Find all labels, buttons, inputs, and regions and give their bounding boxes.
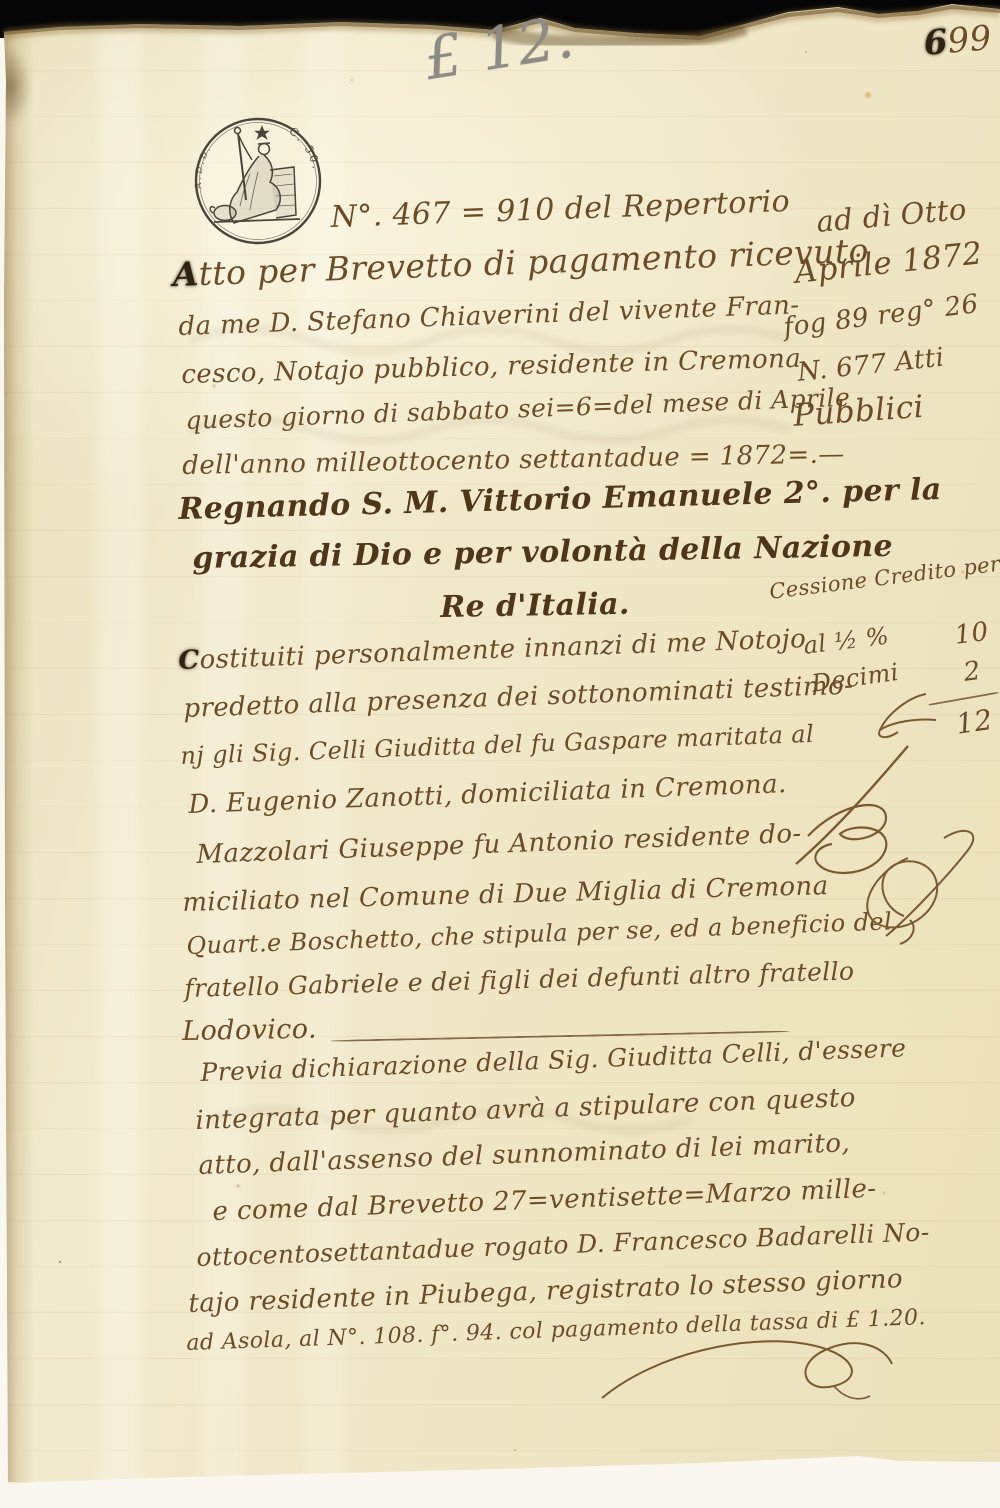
paraph-p [846,822,990,956]
manuscript-line: Lodovico. [182,1014,317,1047]
manuscript-line: Re d'Italia. [440,587,630,625]
fee-total: 12 [954,703,995,741]
closing-flourish [596,1322,906,1426]
fee-row-value: 2 [962,656,982,688]
folio-number: 699 [922,18,993,64]
fee-row-value: 10 [953,617,990,651]
lire-flourish [872,688,942,744]
revenue-stamp-c50: C. 50. A.D.D. [192,112,326,252]
manuscript-scan: C. 50. A.D.D. £ 12. 699 N°. 467 = 910 de… [0,0,1000,1508]
